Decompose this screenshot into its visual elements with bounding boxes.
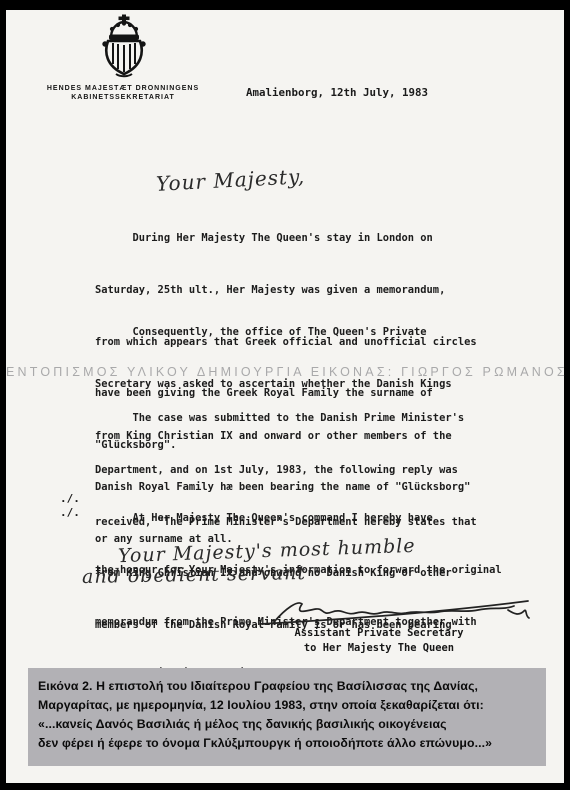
caption-line: Εικόνα 2. Η επιστολή του Ιδιαίτερου Γραφ… [38, 677, 536, 696]
caption-box: Εικόνα 2. Η επιστολή του Ιδιαίτερου Γραφ… [28, 668, 546, 766]
handwritten-signature-icon [256, 588, 536, 630]
caption-line: «...κανείς Δανός Βασιλιάς ή μέλος της δα… [38, 715, 536, 734]
letter-paper: HENDES MAJESTÆT DRONNINGENS KABINETSSEKR… [6, 10, 564, 783]
body-line: Consequently, the office of The Queen's … [95, 324, 470, 341]
watermark-overlay: ΕΝΤΟΠΙΣΜΟΣ ΥΛΙΚΟΥ ΔΗΜΙΟΥΡΓΙΑ ΕΙΚΟΝΑΣ: ΓΙ… [6, 365, 564, 379]
danish-royal-crest-icon [96, 14, 152, 82]
letterhead-line-2: KABINETSSEKRETARIAT [20, 93, 226, 102]
caption-line: Μαργαρίτας, με ημερομηνία, 12 Ιουλίου 19… [38, 696, 536, 715]
scan-black-frame: HENDES MAJESTÆT DRONNINGENS KABINETSSEKR… [0, 0, 570, 790]
letterhead-line-1: HENDES MAJESTÆT DRONNINGENS [20, 84, 226, 93]
enclosure-mark-2: ./. [60, 506, 80, 519]
body-line: The case was submitted to the Danish Pri… [95, 410, 477, 427]
enclosure-mark-1: ./. [60, 492, 80, 505]
caption-line: δεν φέρει ή έφερε το όνομα Γκλύξμπουργκ … [38, 734, 536, 753]
body-line: At Her Majesty The Queen's command I her… [95, 510, 502, 527]
signoff-title-line-1: Assistant Private Secretary [264, 626, 494, 641]
body-line: During Her Majesty The Queen's stay in L… [95, 230, 477, 247]
signoff-title-line-2: to Her Majesty The Queen [264, 641, 494, 656]
date-line: Amalienborg, 12th July, 1983 [246, 86, 428, 99]
closing-handwriting-line-2: and obedient servant [82, 562, 306, 588]
salutation-handwriting: Your Majesty, [155, 164, 305, 196]
